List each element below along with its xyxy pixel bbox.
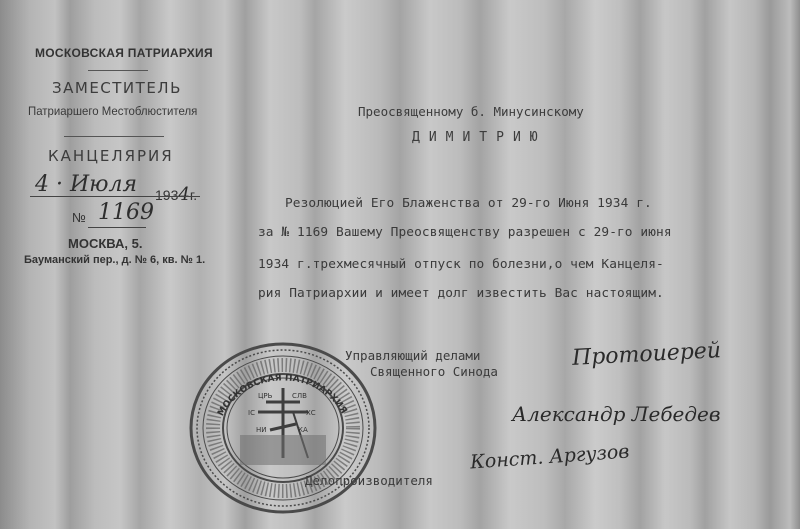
seal-text: ХС — [306, 409, 316, 417]
date-year: 1934г. — [155, 184, 197, 205]
letterhead-city: МОСКВА, 5. — [68, 236, 142, 251]
number-handwritten: 1169 — [98, 200, 154, 225]
body-line: Резолюцией Его Блаженства от 29-го Июня … — [285, 196, 652, 211]
letterhead-organization: МОСКОВСКАЯ ПАТРИАРХИЯ — [35, 46, 213, 60]
seal-text: НИ — [256, 426, 267, 434]
signer1-name-handwritten: Александр Лебедев — [512, 402, 721, 426]
letterhead-address: Бауманский пер., д. № 6, кв. № 1. — [24, 254, 205, 266]
year-suffix: г. — [190, 187, 197, 203]
seal-text: СЛВ — [292, 392, 307, 400]
body-line: рия Патриархии и имеет долг известить Ва… — [258, 286, 664, 301]
body-line: за № 1169 Вашему Преосвященству разрешен… — [258, 225, 672, 240]
addressee-name: ДИМИТРИЮ — [412, 130, 547, 145]
document-page: МОСКОВСКАЯ ПАТРИАРХИЯ ЗАМЕСТИТЕЛЬ Патриа… — [0, 0, 800, 529]
number-underline — [88, 227, 146, 228]
signer1-title-handwritten: Протоиерей — [571, 338, 721, 371]
body-line: 1934 г.трехмесячный отпуск по болезни,о … — [258, 257, 664, 272]
divider — [88, 70, 148, 71]
signature-role: Священного Синода — [370, 364, 498, 379]
signature-role: Делопроизводителя — [305, 473, 433, 488]
letterhead-title: ЗАМЕСТИТЕЛЬ — [52, 79, 182, 97]
year-prefix: 193 — [155, 187, 178, 203]
church-seal-icon: ЦРЬ СЛВ IC ХС НИ КА МОСКОВСКАЯ ПАТРИАРХИ… — [188, 340, 378, 515]
letterhead-office: КАНЦЕЛЯРИЯ — [48, 147, 174, 165]
addressee-line: Преосвященному б. Минусинскому — [358, 104, 584, 119]
date-underline — [30, 196, 200, 197]
number-label: № — [72, 210, 86, 225]
signature-role: Управляющий делами — [345, 348, 480, 363]
seal-text: IC — [248, 409, 255, 417]
divider — [64, 136, 164, 137]
letterhead-subtitle: Патриаршего Местоблюстителя — [28, 104, 197, 118]
seal-text: КА — [298, 426, 308, 434]
year-handwritten: 4 — [178, 184, 189, 205]
date-handwritten: 4 · Июля — [35, 172, 137, 197]
signer2-name-handwritten: Конст. Аргузов — [469, 440, 630, 473]
seal-text: ЦРЬ — [258, 392, 273, 400]
